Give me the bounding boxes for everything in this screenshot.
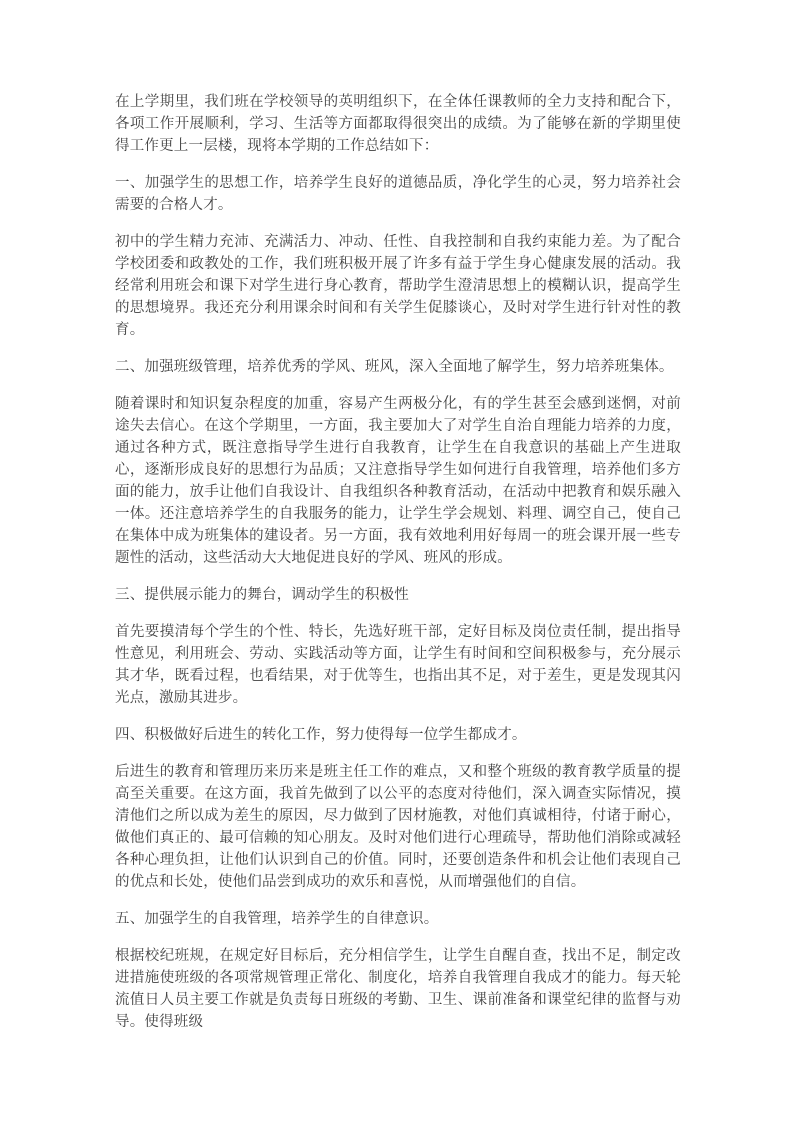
section-4-heading: 四、积极做好后进生的转化工作，努力使得每一位学生都成才。 bbox=[115, 724, 681, 746]
section-1-paragraph: 初中的学生精力充沛、充满活力、冲动、任性、自我控制和自我约束能力差。为了配合学校… bbox=[115, 231, 681, 341]
document-page: 在上学期里，我们班在学校领导的英明组织下，在全体任课教师的全力支持和配合下，各项… bbox=[0, 0, 793, 1122]
section-3-paragraph: 首先要摸清每个学生的个性、特长，先选好班干部，定好目标及岗位责任制，提出指导性意… bbox=[115, 621, 681, 709]
section-5-paragraph: 根据校纪班规，在规定好目标后，充分相信学生，让学生自醒自查，找出不足，制定改进措… bbox=[115, 945, 681, 1033]
section-2-heading: 二、加强班级管理，培养优秀的学风、班风，深入全面地了解学生，努力培养班集体。 bbox=[115, 356, 681, 378]
section-2-paragraph: 随着课时和知识复杂程度的加重，容易产生两极分化，有的学生甚至会感到迷惘，对前途失… bbox=[115, 393, 681, 569]
section-4-paragraph: 后进生的教育和管理历来历来是班主任工作的难点，又和整个班级的教育教学质量的提高至… bbox=[115, 761, 681, 893]
section-3-heading: 三、提供展示能力的舞台，调动学生的积极性 bbox=[115, 584, 681, 606]
document-body: 在上学期里，我们班在学校领导的英明组织下，在全体任课教师的全力支持和配合下，各项… bbox=[115, 91, 681, 1033]
section-5-heading: 五、加强学生的自我管理，培养学生的自律意识。 bbox=[115, 908, 681, 930]
intro-paragraph: 在上学期里，我们班在学校领导的英明组织下，在全体任课教师的全力支持和配合下，各项… bbox=[115, 91, 681, 157]
section-1-heading: 一、加强学生的思想工作，培养学生良好的道德品质，净化学生的心灵，努力培养社会需要… bbox=[115, 172, 681, 216]
